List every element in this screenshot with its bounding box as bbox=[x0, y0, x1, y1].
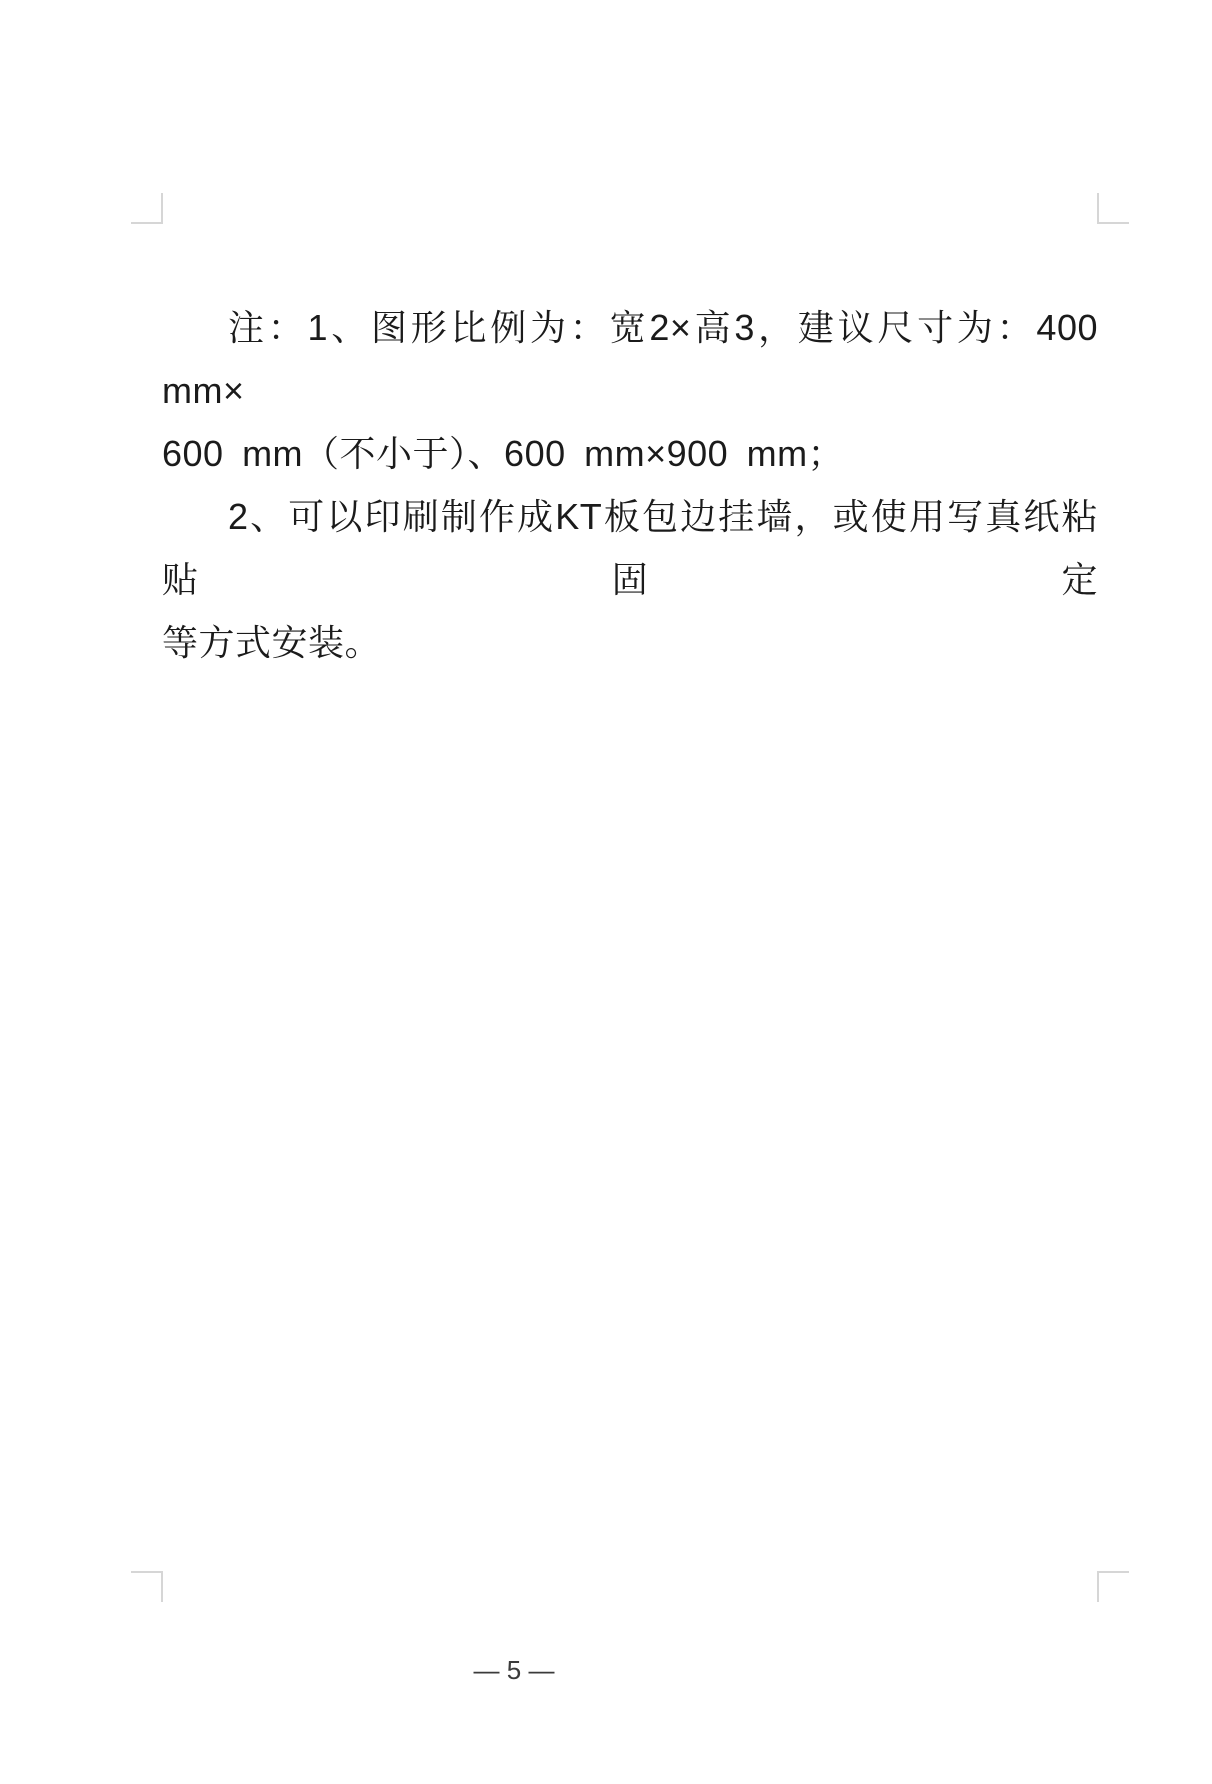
document-page: 注：1、图形比例为：宽2×高3，建议尺寸为：400 mm× 600 mm（不小于… bbox=[0, 0, 1212, 1784]
note-text-block: 注：1、图形比例为：宽2×高3，建议尺寸为：400 mm× 600 mm（不小于… bbox=[162, 296, 1098, 674]
note-paragraph-2-line-1: 2、可以印刷制作成KT板包边挂墙，或使用写真纸粘贴固定 bbox=[162, 485, 1098, 611]
note-paragraph-1-line-2: 600 mm（不小于）、600 mm×900 mm； bbox=[162, 422, 1098, 485]
crop-mark-bottom-left-icon bbox=[131, 1571, 163, 1602]
crop-mark-bottom-right-icon bbox=[1097, 1571, 1129, 1602]
page-number: — 5 — bbox=[472, 1654, 556, 1686]
crop-mark-top-right-icon bbox=[1097, 193, 1129, 224]
crop-mark-top-left-icon bbox=[131, 193, 163, 224]
note-paragraph-2-line-2: 等方式安装。 bbox=[162, 611, 1098, 674]
note-paragraph-1-line-1: 注：1、图形比例为：宽2×高3，建议尺寸为：400 mm× bbox=[162, 296, 1098, 422]
